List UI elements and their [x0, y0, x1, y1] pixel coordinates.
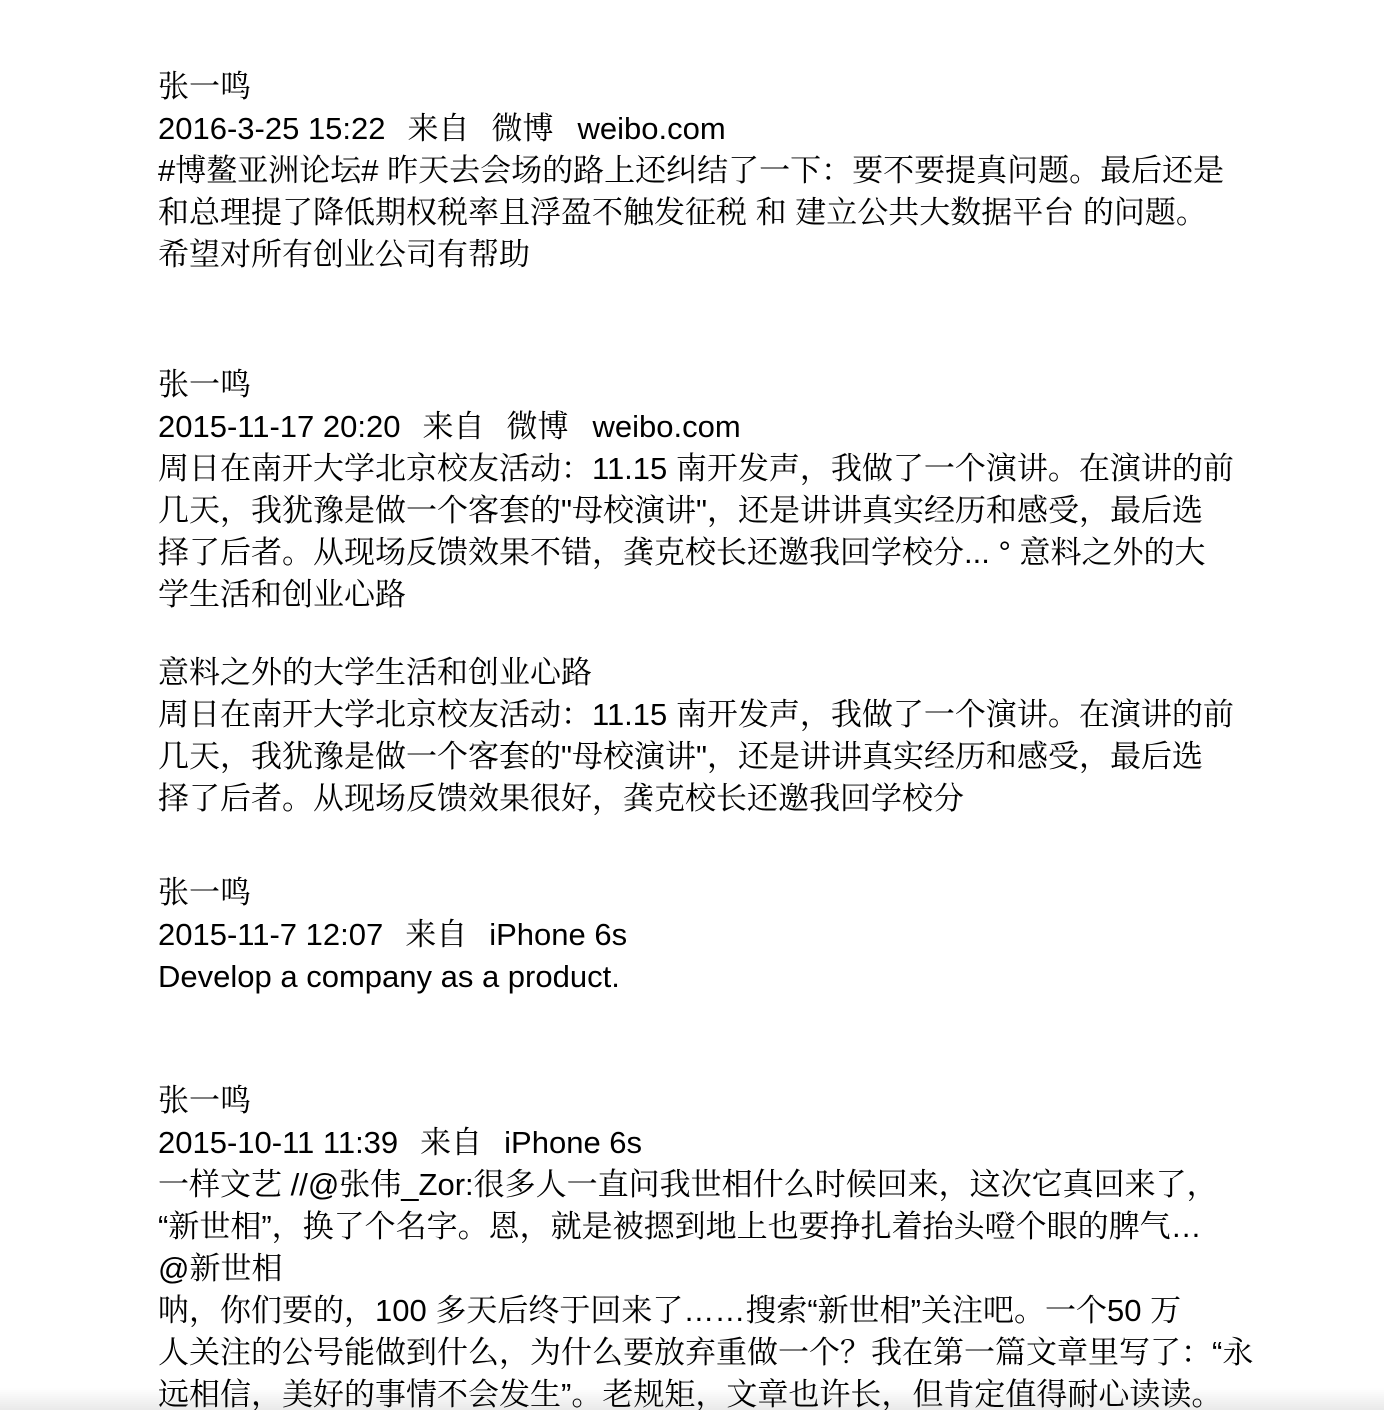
weibo-post: 张一鸣 2015-10-11 11:39来自iPhone 6s 一样文艺 //@… [158, 1080, 1318, 1410]
post-source-app: 微博 [506, 406, 568, 448]
post-timestamp: 2015-11-7 12:07 [158, 914, 383, 956]
post-source-app: iPhone 6s [489, 914, 627, 956]
weibo-post: 张一鸣 2015-11-17 20:20来自微博weibo.com 周日在南开大… [158, 364, 1318, 616]
post-source-site: weibo.com [592, 406, 740, 448]
via-label: 来自 [405, 914, 467, 956]
post-meta: 2015-11-17 20:20来自微博weibo.com [158, 406, 1318, 448]
post-body: 周日在南开大学北京校友活动：11.15 南开发声，我做了一个演讲。在演讲的前 几… [158, 448, 1318, 616]
article-summary: 周日在南开大学北京校友活动：11.15 南开发声，我做了一个演讲。在演讲的前 几… [158, 694, 1318, 820]
post-source-app: 微博 [492, 108, 554, 150]
post-author: 张一鸣 [158, 364, 1318, 406]
mention-handle: @新世相 [158, 1248, 1318, 1290]
linked-article-card: 意料之外的大学生活和创业心路 周日在南开大学北京校友活动：11.15 南开发声，… [158, 652, 1318, 820]
post-body: Develop a company as a product. [158, 956, 1318, 998]
post-author: 张一鸣 [158, 66, 1318, 108]
article-title: 意料之外的大学生活和创业心路 [158, 652, 1318, 694]
post-source-site: weibo.com [578, 108, 726, 150]
post-timestamp: 2015-11-17 20:20 [158, 406, 400, 448]
post-meta: 2016-3-25 15:22来自微博weibo.com [158, 108, 1318, 150]
post-author: 张一鸣 [158, 872, 1318, 914]
post-timestamp: 2016-3-25 15:22 [158, 108, 386, 150]
post-body: 一样文艺 //@张伟_Zor:很多人一直问我世相什么时候回来，这次它真回来了， … [158, 1164, 1318, 1248]
via-label: 来自 [408, 108, 470, 150]
weibo-posts-document: 张一鸣 2016-3-25 15:22来自微博weibo.com #博鳌亚洲论坛… [158, 66, 1318, 1410]
via-label: 来自 [420, 1122, 482, 1164]
post-timestamp: 2015-10-11 11:39 [158, 1122, 398, 1164]
via-label: 来自 [422, 406, 484, 448]
weibo-post: 张一鸣 2016-3-25 15:22来自微博weibo.com #博鳌亚洲论坛… [158, 66, 1318, 276]
post-body: #博鳌亚洲论坛# 昨天去会场的路上还纠结了一下：要不要提真问题。最后还是 和总理… [158, 150, 1318, 276]
post-source-app: iPhone 6s [504, 1122, 642, 1164]
post-meta: 2015-10-11 11:39来自iPhone 6s [158, 1122, 1318, 1164]
post-meta: 2015-11-7 12:07来自iPhone 6s [158, 914, 1318, 956]
weibo-post: 张一鸣 2015-11-7 12:07来自iPhone 6s Develop a… [158, 872, 1318, 998]
quoted-post-body: 呐，你们要的，100 多天后终于回来了……搜索“新世相”关注吧。一个50 万 人… [158, 1290, 1318, 1410]
post-author: 张一鸣 [158, 1080, 1318, 1122]
